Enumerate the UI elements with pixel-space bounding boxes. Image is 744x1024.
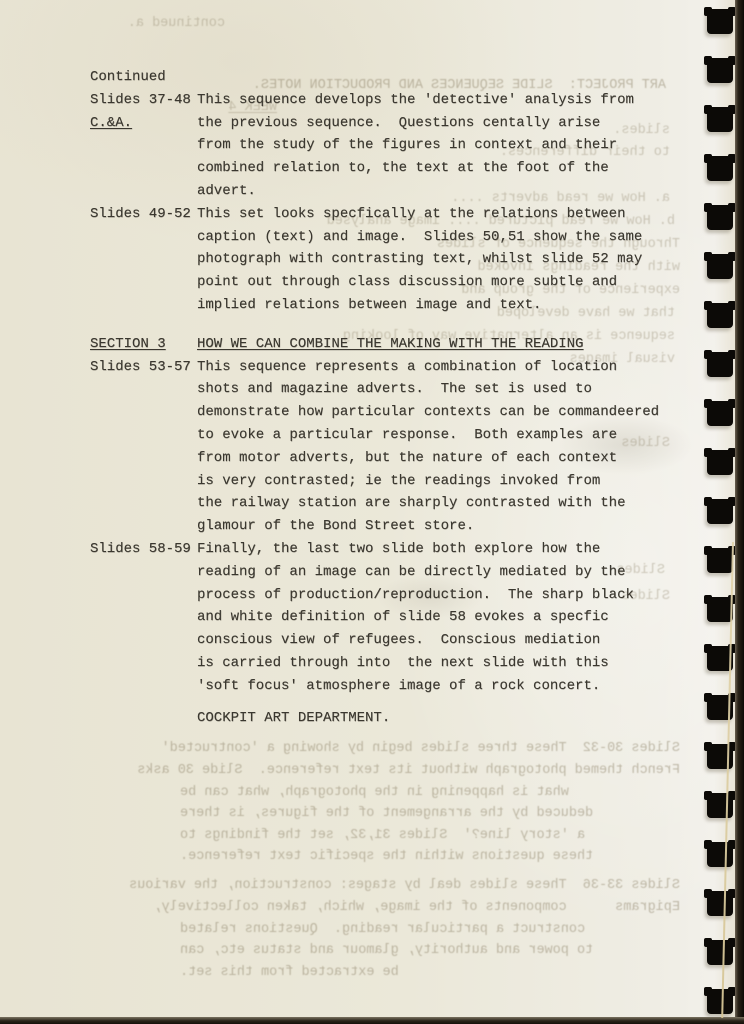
binding-tooth <box>707 891 733 916</box>
row-text: photograph with contrasting text, whilst… <box>197 248 642 271</box>
row-label <box>90 652 197 675</box>
binding-tooth <box>707 58 733 83</box>
row-text: Finally, the last two slide both explore… <box>197 538 600 561</box>
row-label <box>90 180 197 203</box>
scan-dark-edge <box>735 0 744 1024</box>
row-label <box>90 134 197 157</box>
bleedthrough-line: deduced by the arrangement of the figure… <box>180 803 610 824</box>
doc-row: to evoke a particular response. Both exa… <box>90 424 670 447</box>
doc-row: from the study of the figures in context… <box>90 134 670 157</box>
row-label: Slides 58-59 <box>90 538 197 561</box>
binding-tooth <box>707 597 733 622</box>
doc-row: is carried through into the next slide w… <box>90 652 670 675</box>
row-text: process of production/reproduction. The … <box>197 584 634 607</box>
row-text: This sequence develops the 'detective' a… <box>197 89 634 112</box>
binding-tooth <box>707 793 733 818</box>
row-text: conscious view of refugees. Conscious me… <box>197 629 600 652</box>
doc-row: conscious view of refugees. Conscious me… <box>90 629 670 652</box>
row-text: HOW WE CAN COMBINE THE MAKING WITH THE R… <box>197 333 583 356</box>
bleedthrough-line: Slides 33-36 These slides deal by stages… <box>88 875 680 896</box>
bleedthrough-line: what is happening in the photograph, wha… <box>180 782 610 803</box>
row-text: from the study of the figures in context… <box>197 134 617 157</box>
row-label: Slides 53-57 <box>90 356 197 379</box>
row-label <box>90 606 197 629</box>
doc-row: reading of an image can be directly medi… <box>90 561 670 584</box>
row-text: COCKPIT ART DEPARTMENT. <box>197 707 390 730</box>
doc-row: is very contrasted; ie the readings invo… <box>90 470 670 493</box>
row-label <box>90 561 197 584</box>
row-label <box>90 378 197 401</box>
row-label: C.&A. <box>90 112 197 135</box>
row-text: the previous sequence. Questions centall… <box>197 112 600 135</box>
bleedthrough-line: these questions within the specific text… <box>180 846 610 867</box>
binding-tooth <box>707 499 733 524</box>
doc-row: Slides 58-59Finally, the last two slide … <box>90 538 670 561</box>
row-text: is very contrasted; ie the readings invo… <box>197 470 600 493</box>
row-label <box>90 157 197 180</box>
doc-row: and white definition of slide 58 evokes … <box>90 606 670 629</box>
row-label <box>90 226 197 249</box>
binding-tooth <box>707 303 733 328</box>
doc-row: Slides 53-57This sequence represents a c… <box>90 356 670 379</box>
binding-tooth <box>707 352 733 377</box>
row-text: point out through class discussion more … <box>197 271 617 294</box>
row-label <box>90 707 197 730</box>
doc-row: caption (text) and image. Slides 50,51 s… <box>90 226 670 249</box>
binding-tooth <box>707 254 733 279</box>
row-label <box>90 675 197 698</box>
row-label <box>90 629 197 652</box>
row-text: reading of an image can be directly medi… <box>197 561 625 584</box>
doc-row: shots and magazine adverts. The set is u… <box>90 378 670 401</box>
row-text: 'soft focus' atmosphere image of a rock … <box>197 675 600 698</box>
row-label <box>90 294 197 317</box>
bleedthrough-line: French themed photograph without its tex… <box>88 760 680 781</box>
row-label <box>90 271 197 294</box>
doc-row: point out through class discussion more … <box>90 271 670 294</box>
row-label <box>90 248 197 271</box>
doc-row: Continued <box>90 66 670 89</box>
row-text: implied relations between image and text… <box>197 294 541 317</box>
binding-tooth <box>707 205 733 230</box>
row-label <box>90 584 197 607</box>
row-label <box>90 447 197 470</box>
row-text: from motor adverts, but the nature of ea… <box>197 447 617 470</box>
row-text: advert. <box>197 180 256 203</box>
bleedthrough-line: continued a. <box>95 13 225 34</box>
row-text: This set looks specfically at the relati… <box>197 203 625 226</box>
row-text: and white definition of slide 58 evokes … <box>197 606 609 629</box>
row-label: Slides 37-48 <box>90 89 197 112</box>
doc-row: 'soft focus' atmosphere image of a rock … <box>90 675 670 698</box>
bleedthrough-line: construct a particular reading. Question… <box>180 919 610 940</box>
row-text: caption (text) and image. Slides 50,51 s… <box>197 226 642 249</box>
row-text: combined relation to, the text at the fo… <box>197 157 609 180</box>
doc-row: C.&A.the previous sequence. Questions ce… <box>90 112 670 135</box>
binding-tooth <box>707 107 733 132</box>
binding-tooth <box>707 401 733 426</box>
row-text: This sequence represents a combination o… <box>197 356 617 379</box>
binding-tooth <box>707 989 733 1014</box>
row-label <box>90 492 197 515</box>
bleedthrough-line: Slides 30-32 These three slides begin by… <box>88 738 680 759</box>
scan-bottom-edge <box>0 1017 744 1024</box>
row-label <box>90 470 197 493</box>
row-label <box>90 515 197 538</box>
row-label: SECTION 3 <box>90 333 197 356</box>
row-text: demonstrate how particular contexts can … <box>197 401 659 424</box>
row-label <box>90 424 197 447</box>
scanned-page: continued a.ART PROJECT: SLIDE SEQUENCES… <box>0 0 744 1024</box>
typewritten-text: ContinuedSlides 37-48This sequence devel… <box>90 66 670 729</box>
doc-row: Slides 37-48This sequence develops the '… <box>90 89 670 112</box>
row-text: is carried through into the next slide w… <box>197 652 609 675</box>
doc-row: implied relations between image and text… <box>90 294 670 317</box>
bleedthrough-line: be extracted from this set. <box>180 962 610 983</box>
doc-row: from motor adverts, but the nature of ea… <box>90 447 670 470</box>
doc-row: SECTION 3HOW WE CAN COMBINE THE MAKING W… <box>90 333 670 356</box>
row-text: glamour of the Bond Street store. <box>197 515 474 538</box>
binding-tooth <box>707 548 733 573</box>
row-text: shots and magazine adverts. The set is u… <box>197 378 592 401</box>
doc-row: process of production/reproduction. The … <box>90 584 670 607</box>
doc-row: COCKPIT ART DEPARTMENT. <box>90 707 670 730</box>
doc-row: the railway station are sharply contrast… <box>90 492 670 515</box>
doc-row: glamour of the Bond Street store. <box>90 515 670 538</box>
bleedthrough-line: to power and authority, glamour and stat… <box>180 940 610 961</box>
row-label <box>90 401 197 424</box>
binding-tooth <box>707 940 733 965</box>
binding-tooth <box>707 156 733 181</box>
doc-row: Slides 49-52This set looks specfically a… <box>90 203 670 226</box>
doc-row: demonstrate how particular contexts can … <box>90 401 670 424</box>
doc-row: photograph with contrasting text, whilst… <box>90 248 670 271</box>
row-label: Slides 49-52 <box>90 203 197 226</box>
doc-row: combined relation to, the text at the fo… <box>90 157 670 180</box>
row-label: Continued <box>90 66 197 89</box>
row-text: to evoke a particular response. Both exa… <box>197 424 617 447</box>
binding-tooth <box>707 9 733 34</box>
bleedthrough-line: Epigrams components of the image, which,… <box>88 897 680 918</box>
binding-tooth <box>707 450 733 475</box>
bleedthrough-line: a 'story line?' Slides 31,32, set the fi… <box>180 825 610 846</box>
binding-tooth <box>707 842 733 867</box>
doc-row: advert. <box>90 180 670 203</box>
row-text: the railway station are sharply contrast… <box>197 492 625 515</box>
